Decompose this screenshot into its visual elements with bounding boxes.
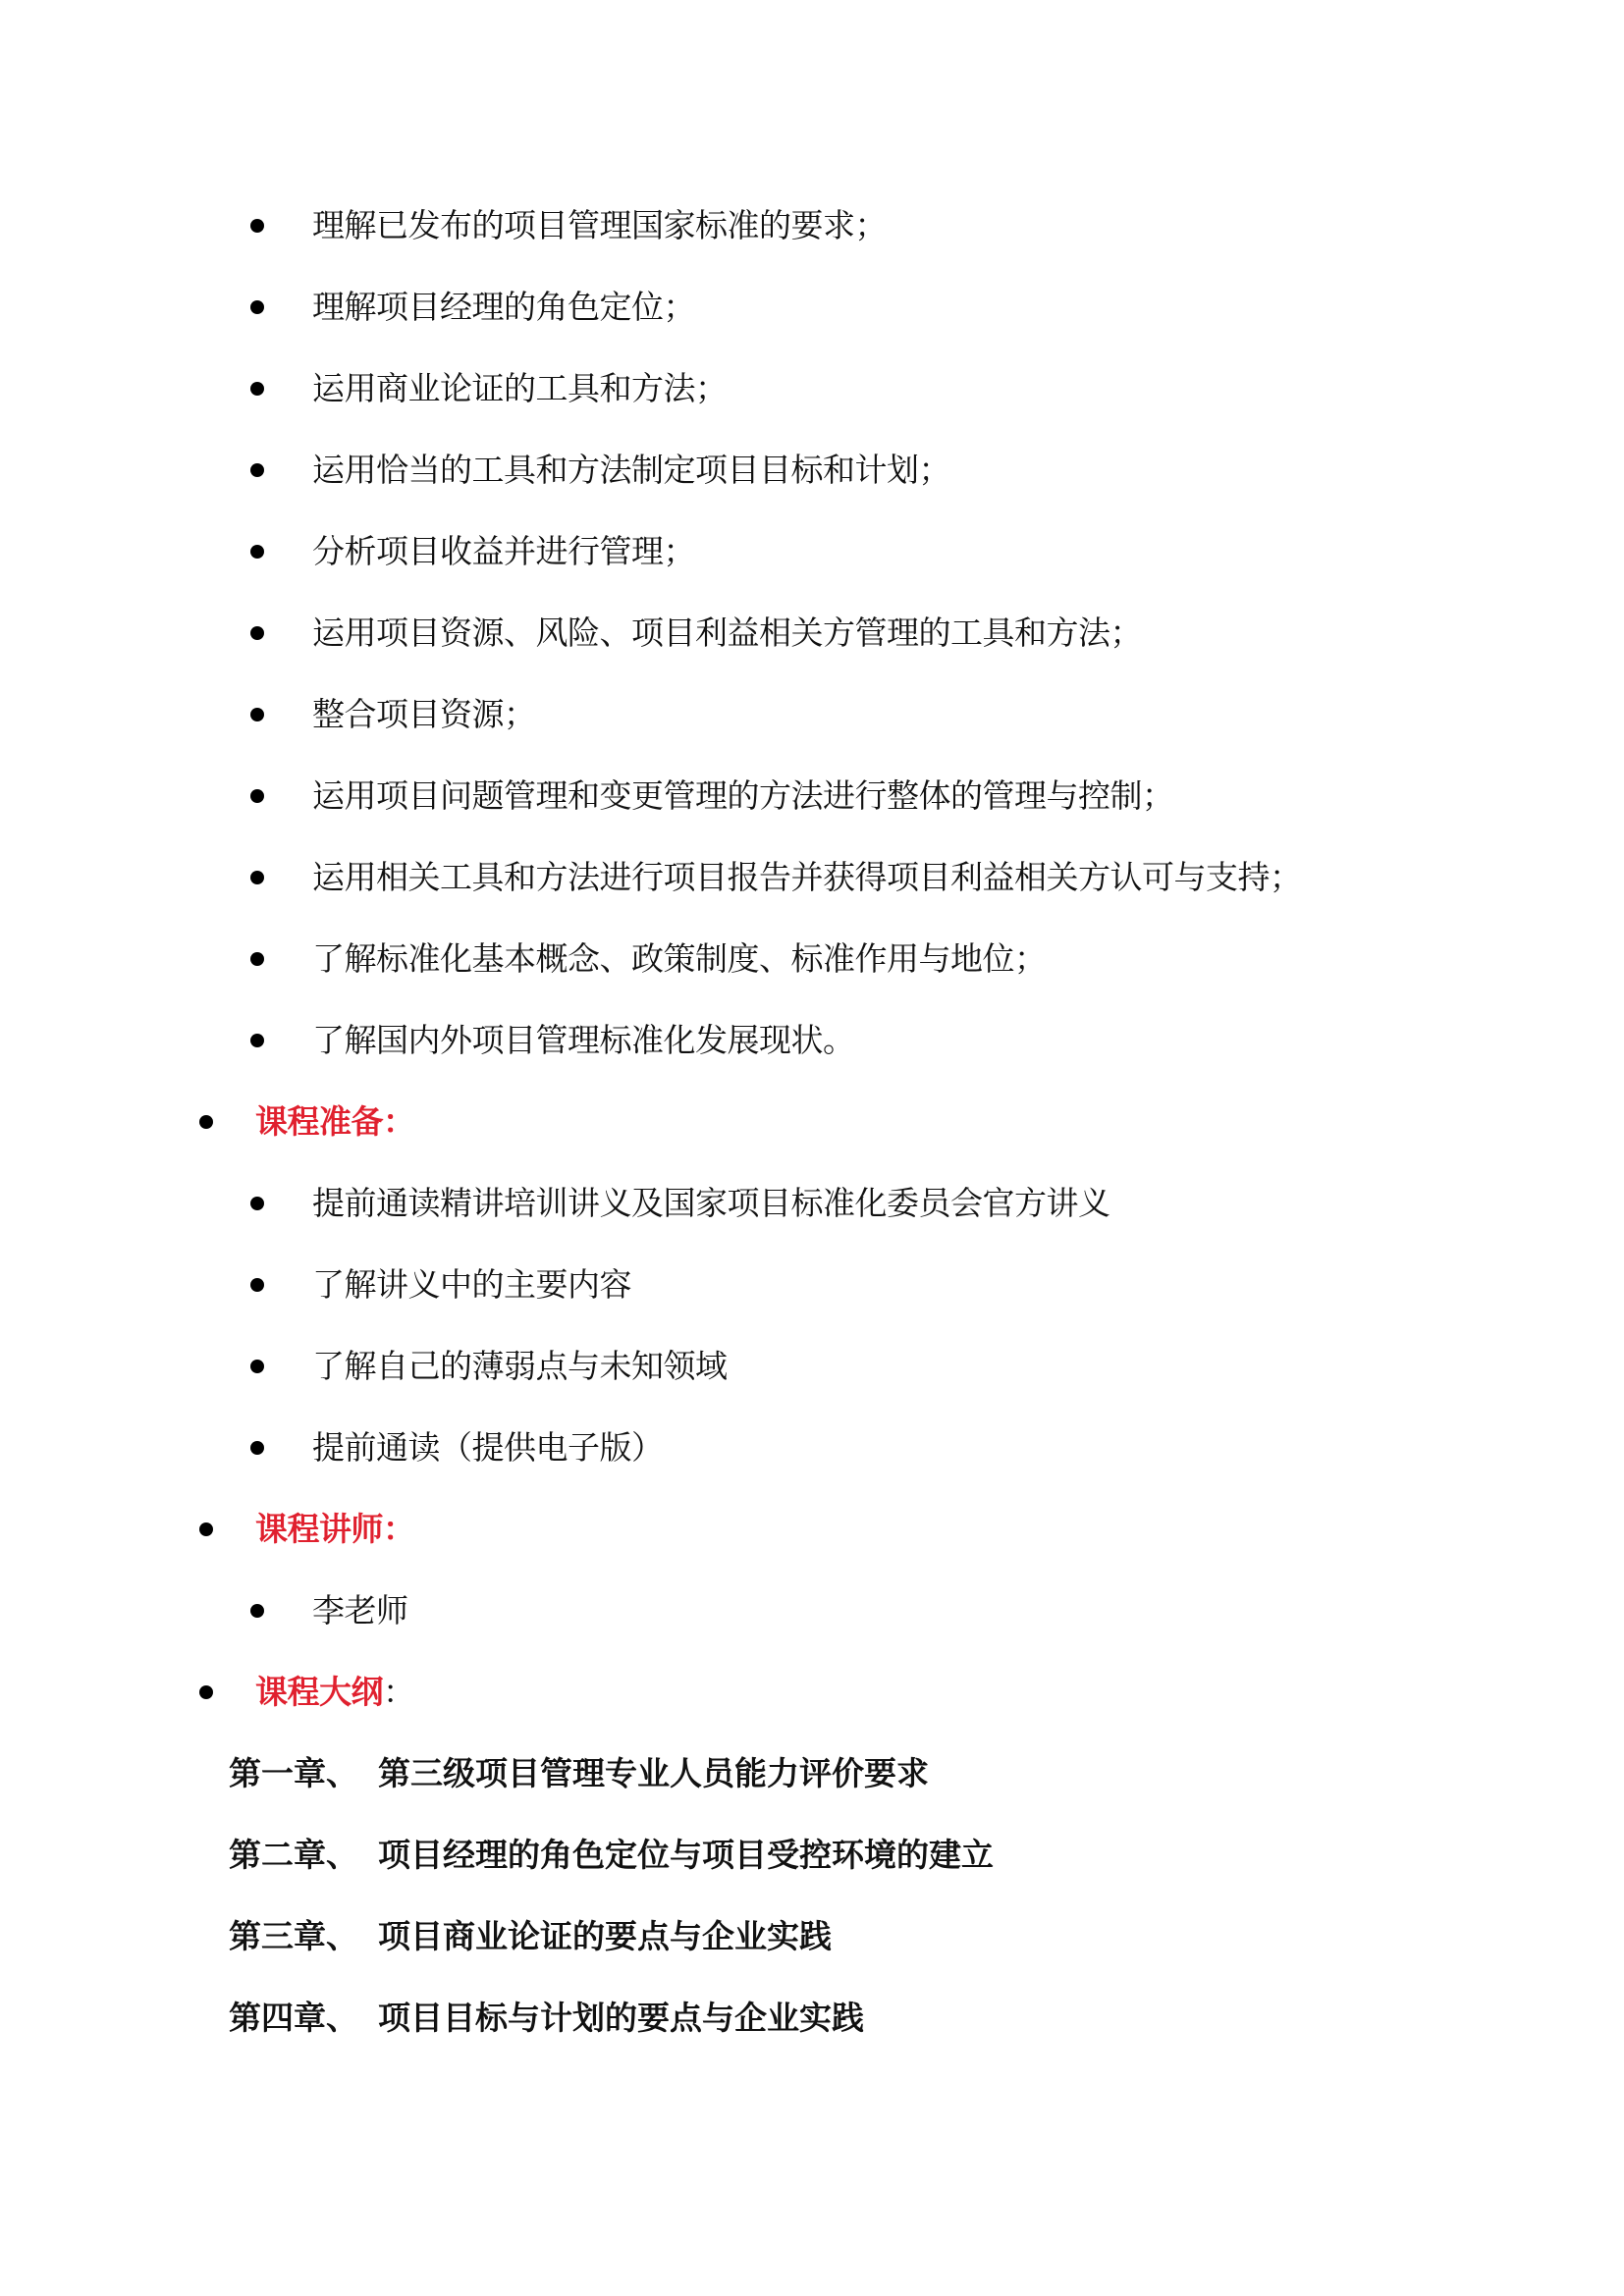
bullet-icon [250, 382, 264, 396]
bullet-icon [250, 871, 264, 884]
bullet-icon [250, 1197, 264, 1210]
chapter-item: 第一章、第三级项目管理专业人员能力评价要求 [0, 1749, 1624, 1798]
chapter-item: 第二章、项目经理的角色定位与项目受控环境的建立 [0, 1831, 1624, 1880]
bullet-icon [250, 545, 264, 559]
chapter-item: 第三章、项目商业论证的要点与企业实践 [0, 1912, 1624, 1961]
bullet-icon [250, 463, 264, 477]
bullet-icon [250, 626, 264, 640]
bullet-icon [199, 1115, 213, 1129]
bullet-icon [250, 219, 264, 233]
chapter-item: 第四章、项目目标与计划的要点与企业实践 [0, 1994, 1624, 2043]
bullet-icon [250, 1360, 264, 1373]
bullet-icon [250, 300, 264, 314]
bullet-icon [199, 1685, 213, 1699]
bullet-icon [250, 1604, 264, 1618]
bullet-icon [250, 708, 264, 721]
bullet-icon [250, 952, 264, 966]
bullet-icon [250, 1441, 264, 1455]
bullet-icon [250, 1034, 264, 1047]
bullet-icon [250, 789, 264, 803]
bullet-icon [199, 1522, 213, 1536]
bullet-icon [250, 1278, 264, 1292]
